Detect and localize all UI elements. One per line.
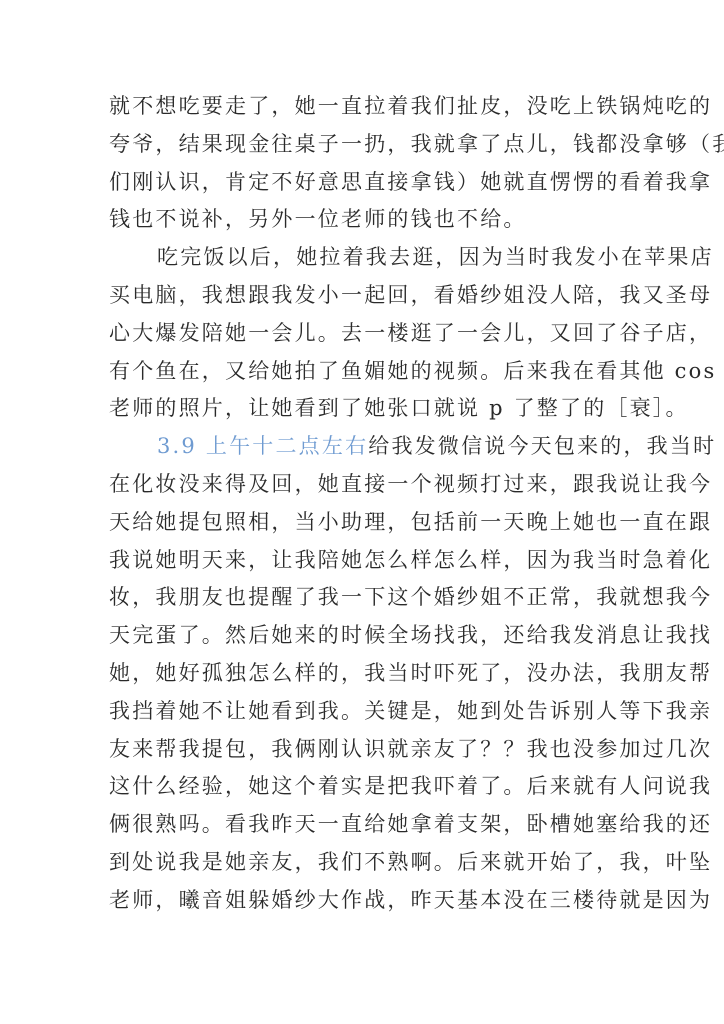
text-line: 夸爷，结果现金往桌子一扔，我就拿了点儿，钱都没拿够（我 — [109, 126, 615, 164]
text-line: 吃完饭以后，她拉着我去逛，因为当时我发小在苹果店 — [109, 239, 615, 277]
text-line: 这什么经验，她这个着实是把我吓着了。后来就有人问说我 — [109, 768, 615, 806]
text-line: 们刚认识，肯定不好意思直接拿钱）她就直愣愣的看着我拿 — [109, 164, 615, 202]
document-page: 就不想吃要走了，她一直拉着我们扯皮，没吃上铁锅炖吃的 夸爷，结果现金往桌子一扔，… — [109, 88, 615, 920]
text-line: 老师，曦音姐躲婚纱大作战，昨天基本没在三楼待就是因为 — [109, 882, 615, 920]
text-line: 有个鱼在，又给她拍了鱼媚她的视频。后来我在看其他 cos — [109, 353, 615, 391]
text-line: 我说她明天来，让我陪她怎么样怎么样，因为我当时急着化 — [109, 542, 615, 580]
date-highlight: 3.9 上午十二点左右 — [157, 434, 368, 458]
text-line: 友来帮我提包，我俩刚认识就亲友了？？我也没参加过几次 — [109, 731, 615, 769]
paragraph-2: 吃完饭以后，她拉着我去逛，因为当时我发小在苹果店 买电脑，我想跟我发小一起回，看… — [109, 239, 615, 428]
text-line: 老师的照片，让她看到了她张口就说 p 了整了的［衰］。 — [109, 390, 615, 428]
text-run: 给我发微信说今天包来的，我当时 — [368, 434, 716, 458]
text-line: 俩很熟吗。看我昨天一直给她拿着支架，卧槽她塞给我的还 — [109, 806, 615, 844]
text-line: 天完蛋了。然后她来的时候全场找我，还给我发消息让我找 — [109, 617, 615, 655]
text-line: 天给她提包照相，当小助理，包括前一天晚上她也一直在跟 — [109, 504, 615, 542]
text-line: 买电脑，我想跟我发小一起回，看婚纱姐没人陪，我又圣母 — [109, 277, 615, 315]
paragraph-3: 3.9 上午十二点左右给我发微信说今天包来的，我当时 在化妆没来得及回，她直接一… — [109, 428, 615, 919]
text-line-with-date: 3.9 上午十二点左右给我发微信说今天包来的，我当时 — [109, 428, 615, 466]
text-line: 钱也不说补，另外一位老师的钱也不给。 — [109, 201, 615, 239]
text-line: 心大爆发陪她一会儿。去一楼逛了一会儿，又回了谷子店， — [109, 315, 615, 353]
text-line: 妆，我朋友也提醒了我一下这个婚纱姐不正常，我就想我今 — [109, 579, 615, 617]
text-line: 到处说我是她亲友，我们不熟啊。后来就开始了，我，叶坠 — [109, 844, 615, 882]
text-line: 在化妆没来得及回，她直接一个视频打过来，跟我说让我今 — [109, 466, 615, 504]
text-line: 我挡着她不让她看到我。关键是，她到处告诉别人等下我亲 — [109, 693, 615, 731]
text-line: 她，她好孤独怎么样的，我当时吓死了，没办法，我朋友帮 — [109, 655, 615, 693]
paragraph-1: 就不想吃要走了，她一直拉着我们扯皮，没吃上铁锅炖吃的 夸爷，结果现金往桌子一扔，… — [109, 88, 615, 239]
text-line: 就不想吃要走了，她一直拉着我们扯皮，没吃上铁锅炖吃的 — [109, 88, 615, 126]
